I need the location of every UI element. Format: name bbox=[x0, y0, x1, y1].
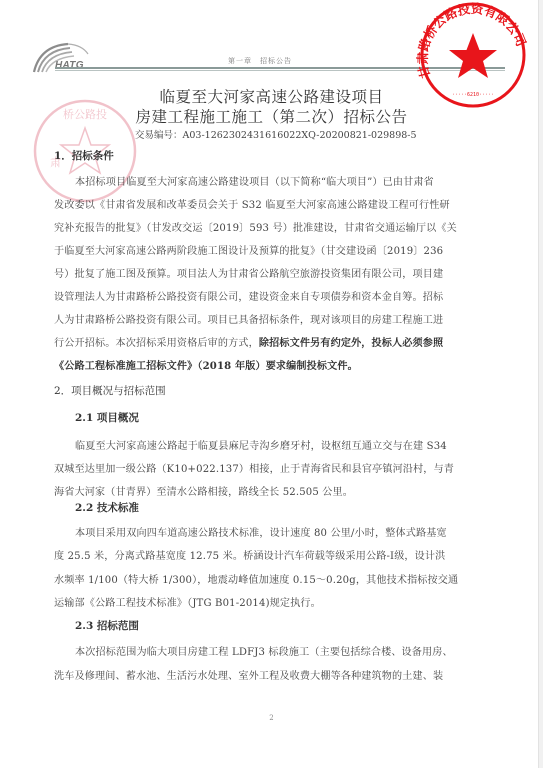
chapter-label: 第一章 招标公告 bbox=[228, 56, 292, 66]
svg-text:·····6210·····: ·····6210····· bbox=[452, 92, 494, 98]
paragraph-text: 行公开招标。本次招标采用资格后审的方式， bbox=[54, 338, 259, 349]
paragraph-line: 于临夏至大河家高速公路两阶段施工图设计及预算的批复》（甘交建设函〔2019〕23… bbox=[54, 242, 443, 257]
section-2-2-heading: 2.2 技术标准 bbox=[75, 500, 139, 515]
paragraph-line: 本项目采用双向四车道高速公路技术标准，设计速度 80 公里/小时，整体式路基宽 bbox=[75, 524, 447, 539]
emphasis-text: 除招标文件另有约定外，投标人必须参照 bbox=[259, 338, 443, 349]
paragraph-line: 人为甘肃路桥公路投资有限公司。项目已具备招标条件，现对该项目的房建工程施工进 bbox=[54, 311, 443, 326]
section-2-1-heading: 2.1 项目概况 bbox=[75, 410, 139, 425]
document-page: HATG 第一章 招标公告 桥公路投 肃 临夏至大河家高速公路建设项目 房建工程… bbox=[0, 0, 543, 768]
paragraph-line: 发改委以《甘肃省发展和改革委员会关于 S32 临夏至大河家高速公路建设工程可行性… bbox=[54, 196, 450, 211]
paragraph-line: 《公路工程标准施工招标文件》（2018 年版）要求编制投标文件。 bbox=[54, 357, 358, 372]
paragraph-line: 洗车及修理间、蓄水池、生活污水处理、室外工程及收费大棚等各种建筑物的土建、装 bbox=[54, 667, 443, 682]
section-2-heading: 2．项目概况与招标范围 bbox=[54, 383, 166, 398]
paragraph-line: 设管理法人为甘肃路桥公路投资有限公司，建设资金来自专项债券和资本金自筹。招标 bbox=[54, 288, 443, 303]
paragraph-line: 度 25.5 米，分离式路基宽度 12.75 米。桥涵设计汽车荷载等级采用公路-… bbox=[54, 547, 445, 562]
paragraph-line-mixed: 行公开招标。本次招标采用资格后审的方式，除招标文件另有约定外，投标人必须参照 bbox=[54, 334, 443, 349]
paragraph-line: 究补充报告的批复》（甘发改交运〔2019〕593 号）批准建设，甘肃省交通运输厅… bbox=[54, 219, 457, 234]
company-seal-icon: 甘肃路桥公路投资有限公司 ·····6210····· bbox=[414, 0, 532, 108]
page-number: 2 bbox=[0, 714, 543, 722]
paragraph-line: 号）批复了施工图及预算。项目法人为甘肃省公路航空旅游投资集团有限公司，项目建 bbox=[54, 265, 443, 280]
paragraph-line: 海省大河家（甘青界）至清水公路相接，路线全长 52.505 公里。 bbox=[54, 483, 353, 498]
paragraph-line: 运输部《公路工程技术标准》（JTG B01-2014)规定执行。 bbox=[54, 594, 321, 609]
paragraph-line: 本招标项目临夏至大河家高速公路建设项目（以下简称“临大项目”）已由甘肃省 bbox=[75, 173, 434, 188]
paragraph-line: 本次招标范围为临大项目房建工程 LDFJ3 标段施工（主要包括综合楼、设备用房、 bbox=[75, 643, 453, 658]
paragraph-line: 临夏至大河家高速公路起于临夏县麻尼寺沟乡磨牙村，设枢纽互通立交与在建 S34 bbox=[75, 437, 447, 452]
section-2-3-heading: 2.3 招标范围 bbox=[75, 618, 139, 633]
trade-number: 交易编号：A03-1262302431616022XQ-20200821-029… bbox=[135, 127, 417, 141]
paragraph-line: 双城至达里加一级公路（K10+022.137）相接，止于青海省民和县官亭镇河沿村… bbox=[54, 460, 454, 475]
paragraph-line: 水频率 1/100（特大桥 1/300），地震动峰值加速度 0.15～0.20g… bbox=[54, 571, 458, 586]
section-1-heading: 1．招标条件 bbox=[54, 148, 114, 163]
document-title-line2: 房建工程施工施工（第二次）招标公告 bbox=[0, 105, 543, 127]
